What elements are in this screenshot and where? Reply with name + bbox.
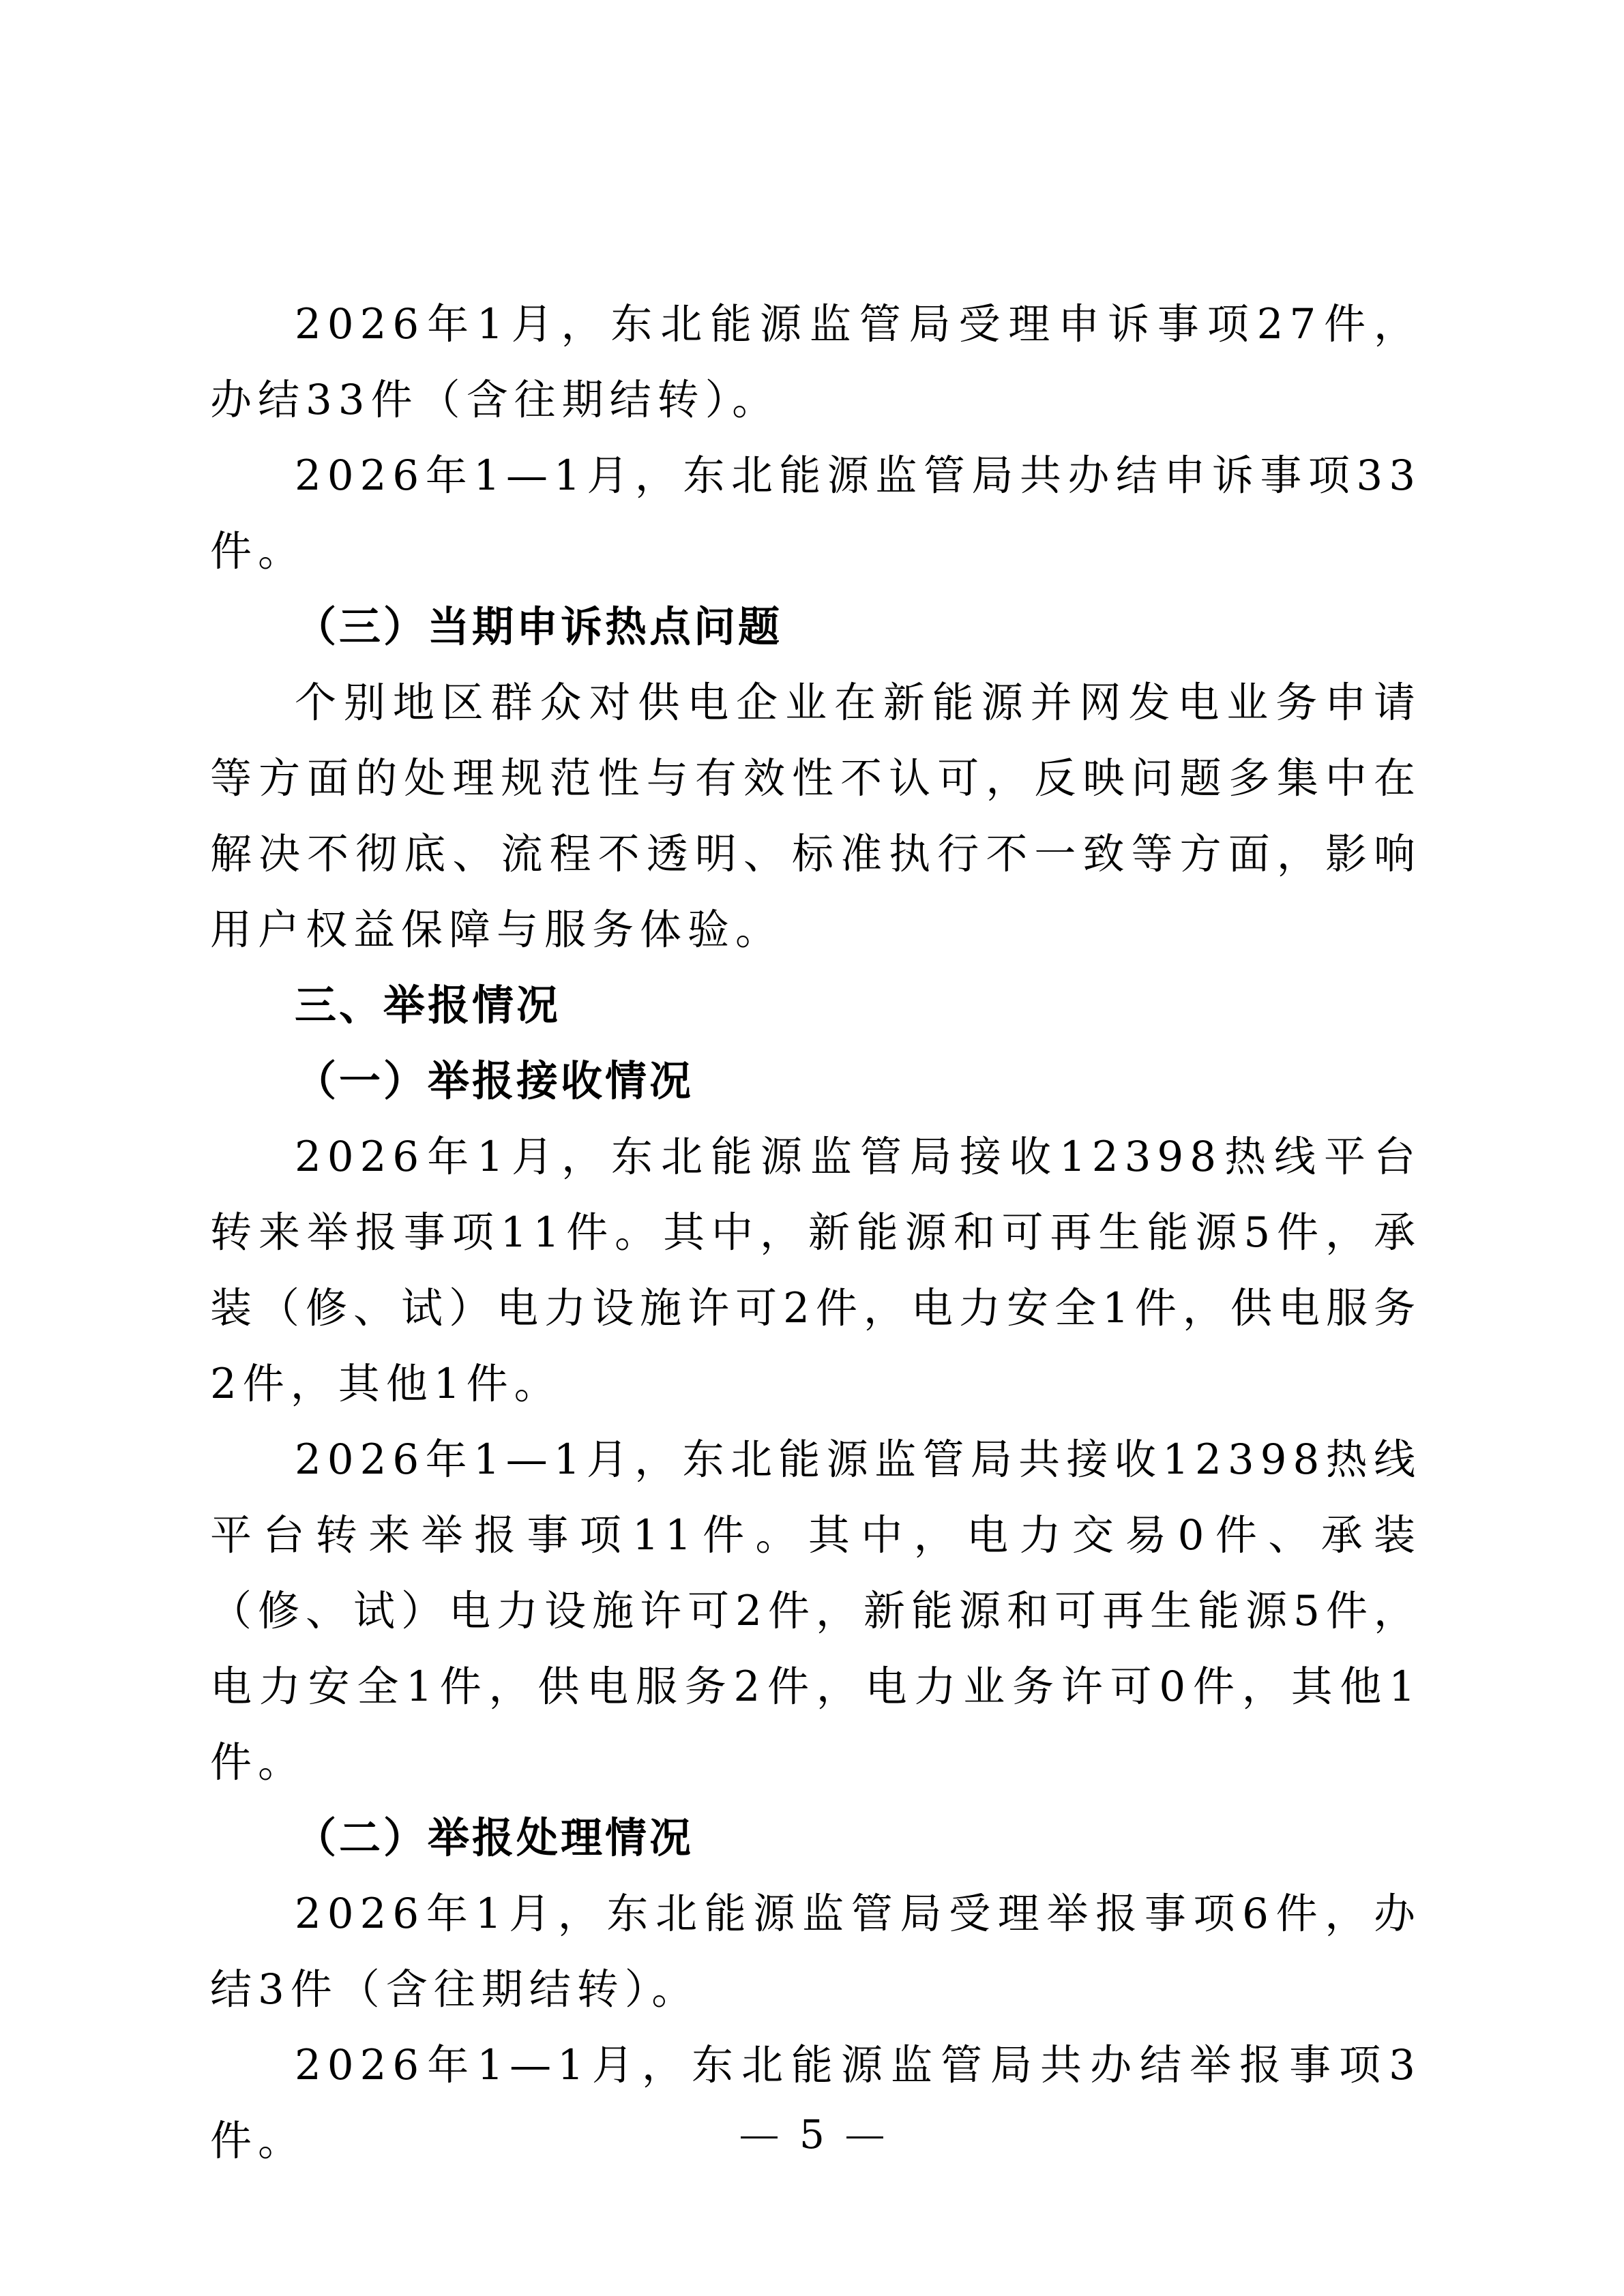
report-intake-monthly-paragraph: 2026年1月，东北能源监管局接收12398热线平台转来举报事项11件。其中，新… bbox=[210, 1119, 1421, 1422]
report-processing-monthly-paragraph: 2026年1月，东北能源监管局受理举报事项6件，办结3件（含往期结转）。 bbox=[210, 1876, 1421, 2027]
document-page: 2026年1月，东北能源监管局受理申诉事项27件，办结33件（含往期结转）。 2… bbox=[0, 0, 1624, 2296]
document-body: 2026年1月，东北能源监管局受理申诉事项27件，办结33件（含往期结转）。 2… bbox=[210, 286, 1421, 2179]
section-heading-report-intake: （一）举报接收情况 bbox=[210, 1043, 1421, 1119]
section-heading-reports: 三、举报情况 bbox=[210, 968, 1421, 1043]
complaint-cumulative-paragraph: 2026年1—1月，东北能源监管局共办结申诉事项33件。 bbox=[210, 438, 1421, 589]
section-heading-complaint-hotspots: （三）当期申诉热点问题 bbox=[210, 589, 1421, 665]
complaint-monthly-paragraph: 2026年1月，东北能源监管局受理申诉事项27件，办结33件（含往期结转）。 bbox=[210, 286, 1421, 438]
complaint-hotspots-paragraph: 个别地区群众对供电企业在新能源并网发电业务申请等方面的处理规范性与有效性不认可，… bbox=[210, 665, 1421, 968]
footer-dash-right bbox=[846, 2136, 883, 2138]
section-heading-report-processing: （二）举报处理情况 bbox=[210, 1800, 1421, 1876]
page-number: 5 bbox=[799, 2111, 825, 2158]
report-intake-cumulative-paragraph: 2026年1—1月，东北能源监管局共接收12398热线平台转来举报事项11件。其… bbox=[210, 1422, 1421, 1800]
page-footer: 5 bbox=[0, 2107, 1624, 2162]
footer-dash-left bbox=[741, 2136, 778, 2138]
